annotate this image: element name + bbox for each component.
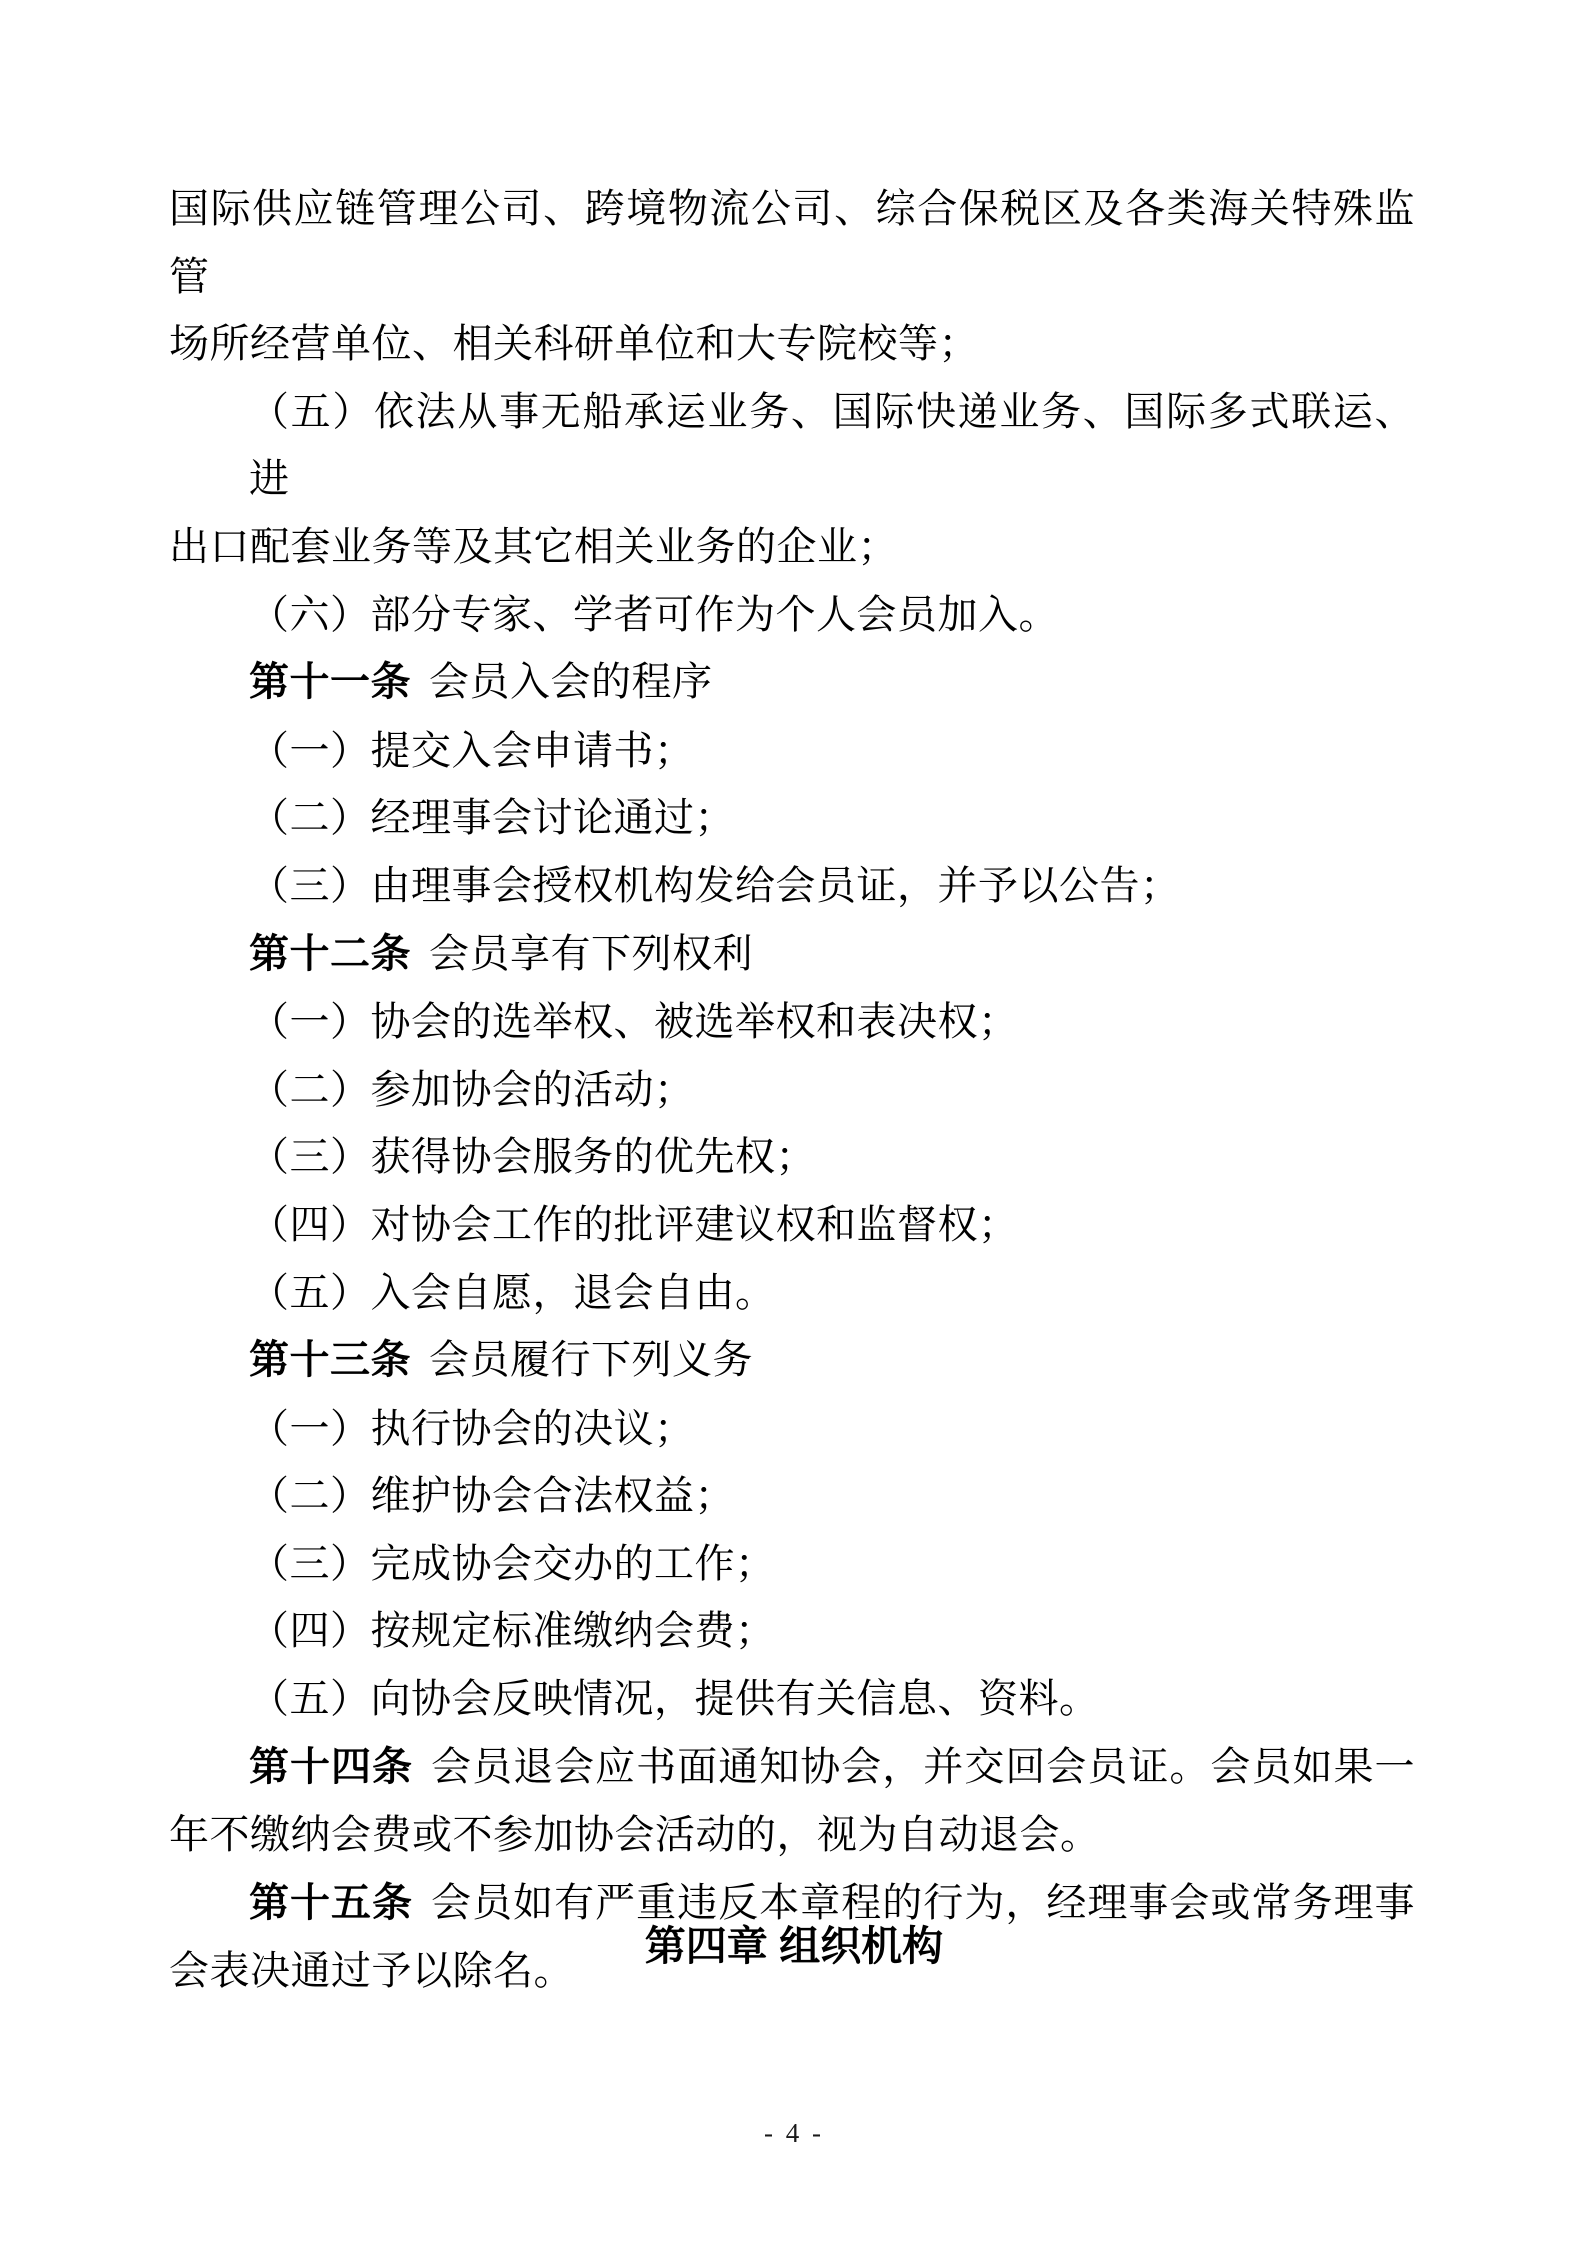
body-line: 国际供应链管理公司、跨境物流公司、综合保税区及各类海关特殊监管 bbox=[169, 175, 1415, 310]
line-text: （五）依法从事无船承运业务、国际快递业务、国际多式联运、进 bbox=[249, 389, 1415, 502]
line-text: （六）部分专家、学者可作为个人会员加入。 bbox=[249, 592, 1059, 637]
line-text: （二）维护协会合法权益； bbox=[249, 1473, 735, 1518]
article-number: 第十三条 bbox=[249, 1338, 411, 1382]
line-text: 会员退会应书面通知协会，并交回会员证。会员如果一 bbox=[431, 1744, 1415, 1789]
body-line: （六）部分专家、学者可作为个人会员加入。 bbox=[169, 581, 1415, 649]
body-line: （三）由理事会授权机构发给会员证，并予以公告； bbox=[169, 852, 1415, 920]
article-number: 第十二条 bbox=[249, 932, 411, 976]
line-text: 场所经营单位、相关科研单位和大专院校等； bbox=[169, 321, 979, 366]
article-line: 第十三条会员履行下列义务 bbox=[169, 1326, 1415, 1395]
body-line: 年不缴纳会费或不参加协会活动的，视为自动退会。 bbox=[169, 1801, 1415, 1869]
line-text: （一）提交入会申请书； bbox=[249, 728, 695, 773]
body-line: （五）向协会反映情况，提供有关信息、资料。 bbox=[169, 1665, 1415, 1733]
line-text: 会员履行下列义务 bbox=[429, 1337, 753, 1382]
line-text: （四）按规定标准缴纳会费； bbox=[249, 1608, 776, 1653]
line-text: （三）由理事会授权机构发给会员证，并予以公告； bbox=[249, 863, 1181, 908]
article-line: 第十一条会员入会的程序 bbox=[169, 648, 1415, 717]
body-line: （四）对协会工作的批评建议权和监督权； bbox=[169, 1191, 1415, 1259]
article-line: 第十二条会员享有下列权利 bbox=[169, 920, 1415, 989]
line-text: 会员享有下列权利 bbox=[429, 931, 753, 976]
line-text: （一）协会的选举权、被选举权和表决权； bbox=[249, 999, 1019, 1044]
body-line: 场所经营单位、相关科研单位和大专院校等； bbox=[169, 310, 1415, 378]
line-text: 国际供应链管理公司、跨境物流公司、综合保税区及各类海关特殊监管 bbox=[169, 186, 1415, 299]
line-text: （五）入会自愿，退会自由。 bbox=[249, 1270, 776, 1315]
body-line: （四）按规定标准缴纳会费； bbox=[169, 1597, 1415, 1665]
body-line: （二）经理事会讨论通过； bbox=[169, 784, 1415, 852]
body-line: （二）维护协会合法权益； bbox=[169, 1462, 1415, 1530]
chapter-heading: 第四章 组织机构 bbox=[0, 1912, 1588, 1980]
line-text: （二）参加协会的活动； bbox=[249, 1067, 695, 1112]
line-text: （三）完成协会交办的工作； bbox=[249, 1541, 776, 1586]
body-line: （一）执行协会的决议； bbox=[169, 1395, 1415, 1463]
line-text: 出口配套业务等及其它相关业务的企业； bbox=[169, 524, 898, 569]
body-line: （二）参加协会的活动； bbox=[169, 1056, 1415, 1124]
body-line: 出口配套业务等及其它相关业务的企业； bbox=[169, 513, 1415, 581]
body-line: （一）协会的选举权、被选举权和表决权； bbox=[169, 988, 1415, 1056]
article-line: 第十四条会员退会应书面通知协会，并交回会员证。会员如果一 bbox=[169, 1733, 1415, 1802]
page-number: - 4 - bbox=[0, 2113, 1588, 2153]
article-number: 第十四条 bbox=[249, 1745, 413, 1789]
body-line: （三）获得协会服务的优先权； bbox=[169, 1123, 1415, 1191]
body-line: （三）完成协会交办的工作； bbox=[169, 1530, 1415, 1598]
article-number: 第十一条 bbox=[249, 660, 411, 704]
line-text: 会员入会的程序 bbox=[429, 659, 713, 704]
line-text: （五）向协会反映情况，提供有关信息、资料。 bbox=[249, 1676, 1100, 1721]
line-text: （二）经理事会讨论通过； bbox=[249, 795, 735, 840]
body-line: （一）提交入会申请书； bbox=[169, 717, 1415, 785]
body-line: （五）入会自愿，退会自由。 bbox=[169, 1259, 1415, 1327]
line-text: 年不缴纳会费或不参加协会活动的，视为自动退会。 bbox=[169, 1812, 1101, 1857]
body-line: （五）依法从事无船承运业务、国际快递业务、国际多式联运、进 bbox=[169, 378, 1415, 513]
line-text: （一）执行协会的决议； bbox=[249, 1406, 695, 1451]
line-text: （三）获得协会服务的优先权； bbox=[249, 1134, 816, 1179]
line-text: （四）对协会工作的批评建议权和监督权； bbox=[249, 1202, 1019, 1247]
document-page: 国际供应链管理公司、跨境物流公司、综合保税区及各类海关特殊监管场所经营单位、相关… bbox=[0, 0, 1588, 2245]
document-body: 国际供应链管理公司、跨境物流公司、综合保税区及各类海关特殊监管场所经营单位、相关… bbox=[169, 175, 1415, 2005]
